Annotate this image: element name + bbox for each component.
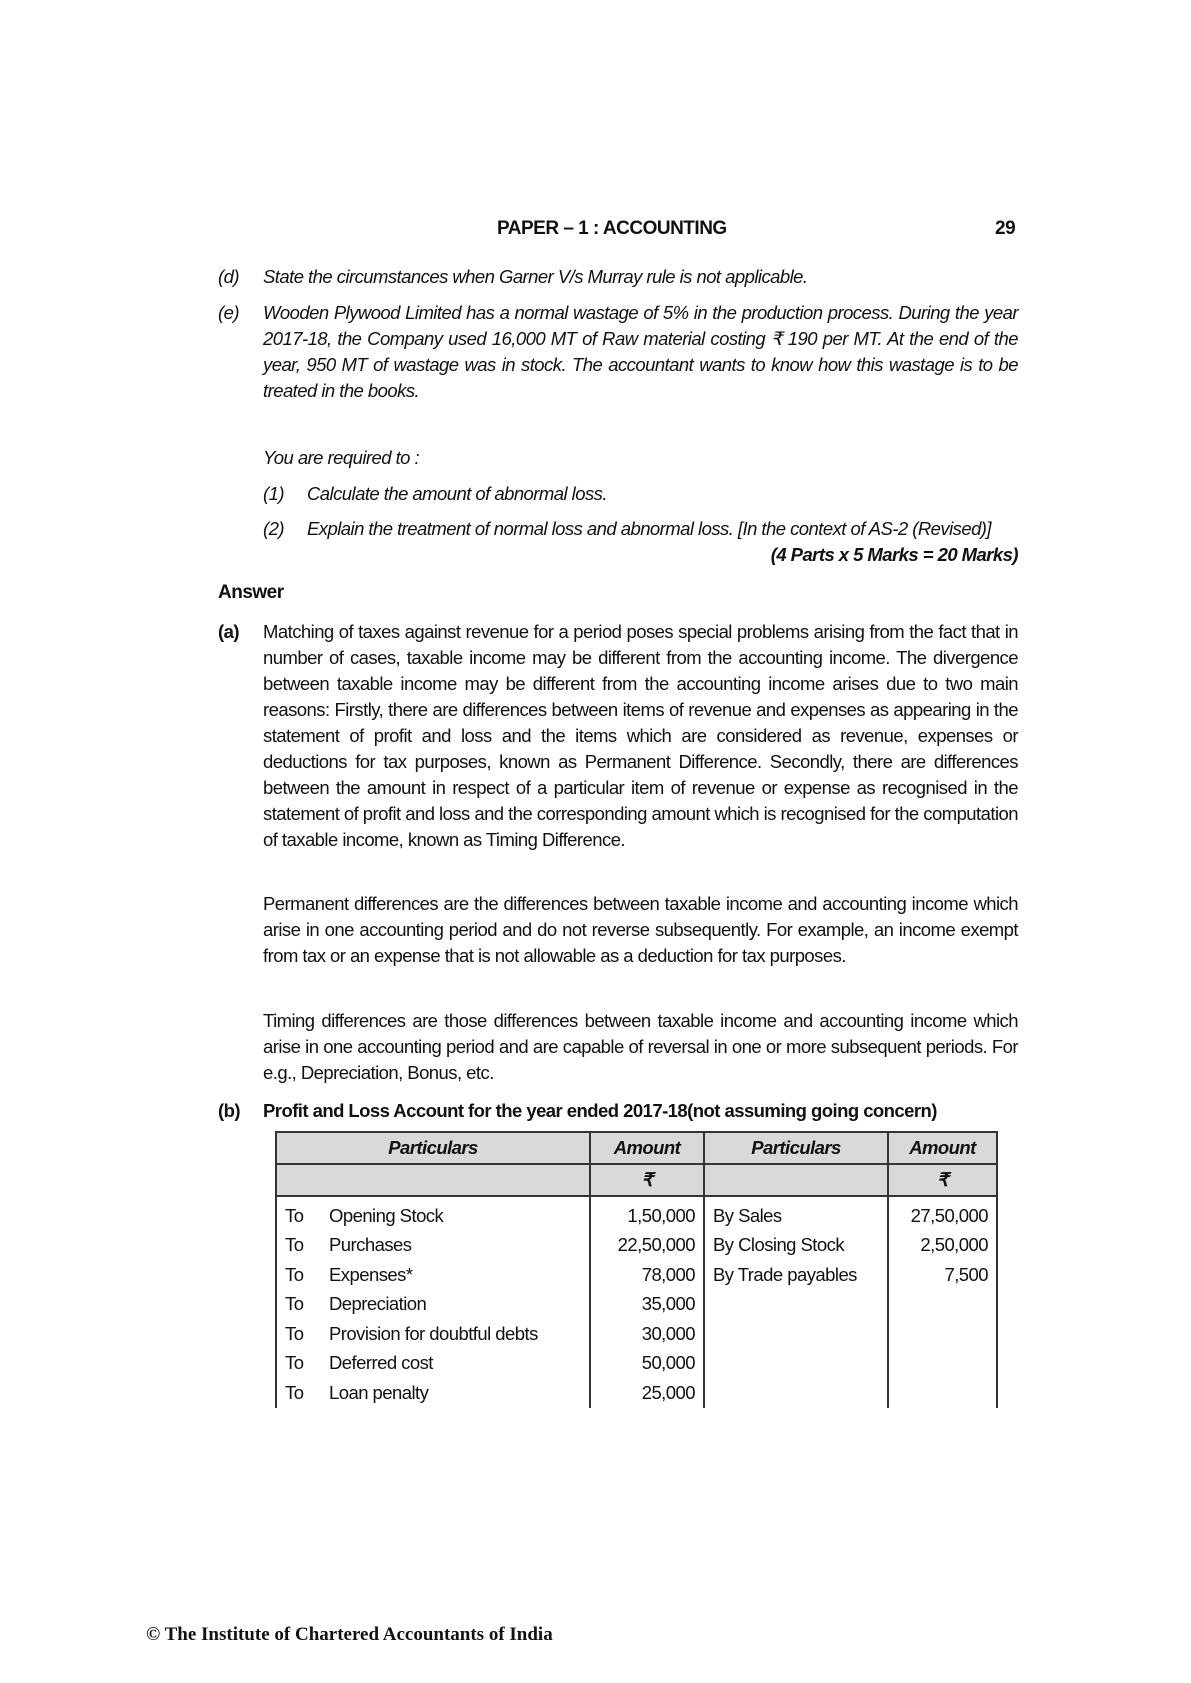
item: Expenses* [329,1264,413,1285]
sub-question-label: (2) [263,516,284,542]
table-row: ToProvision for doubtful debts30,000 [276,1319,997,1349]
question-text: State the circumstances when Garner V/s … [263,264,1018,290]
table-body: ToOpening Stock1,50,000By Sales27,50,000… [276,1196,997,1408]
item: Provision for doubtful debts [329,1323,538,1344]
answer-label: (a) [218,619,239,645]
credit-amount [888,1378,997,1408]
prefix: To [285,1264,329,1286]
credit-amount [888,1290,997,1320]
credit-amount: 27,50,000 [888,1196,997,1231]
credit-amount [888,1349,997,1379]
table-row: ToOpening Stock1,50,000By Sales27,50,000 [276,1196,997,1231]
credit-amount [888,1319,997,1349]
answer-paragraph: Permanent differences are the difference… [263,891,1018,969]
currency-cell: ₹ [888,1164,997,1196]
item: Opening Stock [329,1205,443,1226]
debit-particular: ToDeferred cost [276,1349,590,1379]
table-row: ToDepreciation35,000 [276,1290,997,1320]
credit-particular [704,1349,888,1379]
prefix: To [285,1323,329,1345]
question-label: (e) [218,300,239,326]
currency-cell: ₹ [590,1164,704,1196]
debit-particular: ToDepreciation [276,1290,590,1320]
debit-particular: ToExpenses* [276,1260,590,1290]
debit-amount: 30,000 [590,1319,704,1349]
prefix: To [285,1205,329,1227]
credit-particular [704,1290,888,1320]
column-header: Particulars [276,1132,590,1164]
credit-amount: 2,50,000 [888,1231,997,1261]
credit-particular: By Trade payables [704,1260,888,1290]
footer-copyright: © The Institute of Chartered Accountants… [146,1624,553,1646]
item: Purchases [329,1234,411,1255]
required-intro-text: You are required to : [263,447,419,468]
profit-loss-table: Particulars Amount Particulars Amount ₹ … [275,1131,998,1408]
sub-question-text: Calculate the amount of abnormal loss. [307,481,1018,507]
debit-amount: 50,000 [590,1349,704,1379]
answer-paragraph: Matching of taxes against revenue for a … [263,619,1018,853]
sub-question-text: Explain the treatment of normal loss and… [307,516,1018,568]
column-header: Amount [888,1132,997,1164]
prefix: To [285,1352,329,1374]
debit-particular: ToOpening Stock [276,1196,590,1231]
sub-question-label: (1) [263,481,284,507]
answer-heading: Answer [218,582,284,604]
debit-amount: 25,000 [590,1378,704,1408]
required-intro: You are required to : [263,445,1018,471]
column-header: Particulars [704,1132,888,1164]
debit-particular: ToProvision for doubtful debts [276,1319,590,1349]
table-heading: Profit and Loss Account for the year end… [263,1098,1018,1124]
item: Deferred cost [329,1352,433,1373]
table-row: ToPurchases22,50,000By Closing Stock2,50… [276,1231,997,1261]
debit-amount: 1,50,000 [590,1196,704,1231]
answer-label: (b) [218,1098,240,1124]
table-row: ToDeferred cost50,000 [276,1349,997,1379]
question-text: Wooden Plywood Limited has a normal wast… [263,300,1018,404]
item: Loan penalty [329,1382,428,1403]
debit-particular: ToPurchases [276,1231,590,1261]
answer-paragraph: Timing differences are those differences… [263,1008,1018,1086]
column-header: Amount [590,1132,704,1164]
table-row: ToLoan penalty25,000 [276,1378,997,1408]
page-header-title: PAPER – 1 : ACCOUNTING [497,218,727,240]
credit-particular: By Sales [704,1196,888,1231]
debit-amount: 22,50,000 [590,1231,704,1261]
prefix: To [285,1234,329,1256]
debit-amount: 78,000 [590,1260,704,1290]
credit-particular: By Closing Stock [704,1231,888,1261]
page-number: 29 [995,218,1015,240]
prefix: To [285,1293,329,1315]
marks-allocation: (4 Parts x 5 Marks = 20 Marks) [771,542,1018,568]
sub-question-2-text: Explain the treatment of normal loss and… [307,518,991,539]
question-label: (d) [218,264,239,290]
debit-amount: 35,000 [590,1290,704,1320]
debit-particular: ToLoan penalty [276,1378,590,1408]
credit-amount: 7,500 [888,1260,997,1290]
credit-particular [704,1319,888,1349]
currency-cell [276,1164,590,1196]
table-row: ToExpenses*78,000By Trade payables7,500 [276,1260,997,1290]
prefix: To [285,1382,329,1404]
item: Depreciation [329,1293,426,1314]
currency-cell [704,1164,888,1196]
credit-particular [704,1378,888,1408]
